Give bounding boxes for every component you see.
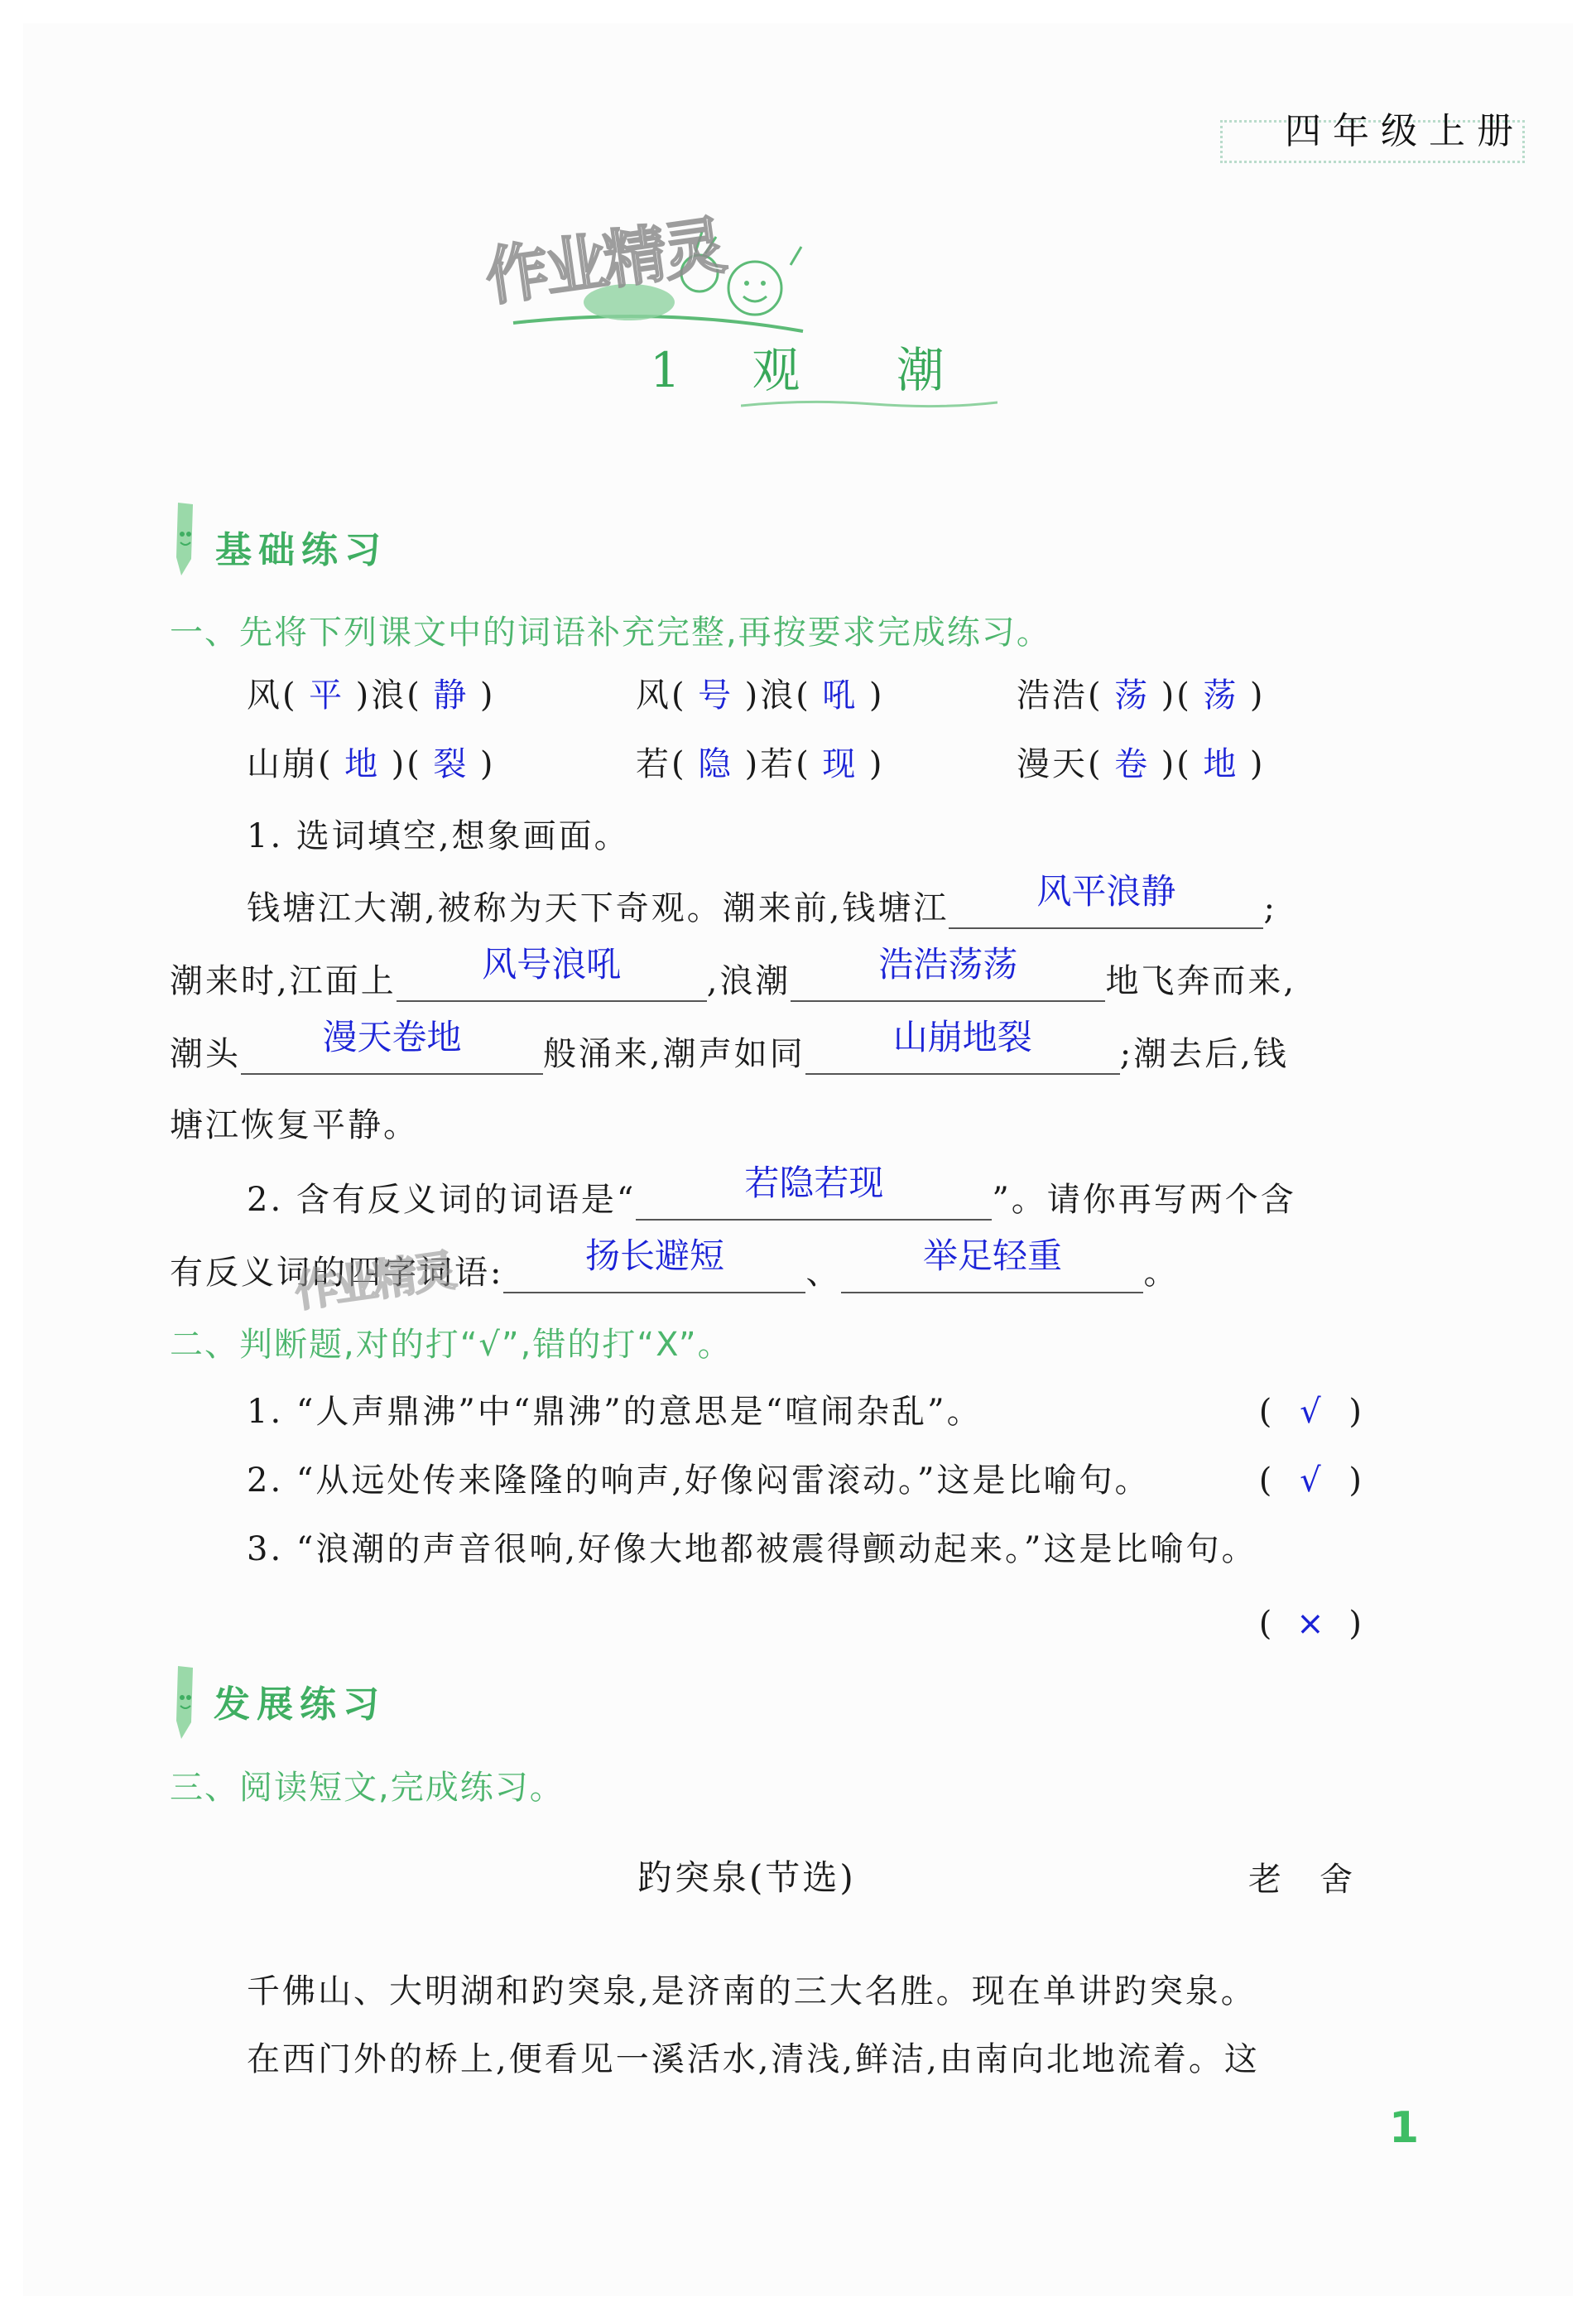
fill-line-2: 潮来时,江面上风号浪吼,浪潮浩浩荡荡地飞奔而来, [170, 959, 1296, 1002]
idiom-answer: 吼 [811, 675, 869, 716]
pencil-icon [170, 1664, 199, 1744]
fill-blank[interactable]: 举足轻重 [841, 1250, 1143, 1293]
subquestion-1-title: 1. 选词填空,想象画面。 [247, 816, 630, 857]
fill-blank[interactable]: 若隐若现 [636, 1177, 992, 1221]
lesson-title: 1 观 潮 [650, 331, 948, 401]
idiom-answer: 现 [811, 744, 869, 785]
judge-item-3: 3. “浪潮的声音很响,好像大地都被震得颤动起来。”这是比喻句。 (×) [247, 1529, 1364, 1570]
idiom-answer: 地 [334, 744, 392, 785]
fill-line-1: 钱塘江大潮,被称为天下奇观。潮来前,钱塘江风平浪静; [247, 886, 1277, 929]
idiom-answer: 卷 [1103, 744, 1161, 785]
idiom-answer: 号 [687, 675, 745, 716]
idiom-item: 浩浩(荡)(荡) [1017, 675, 1265, 716]
section-basic-heading: 基础练习 [215, 520, 387, 573]
lesson-title-char: 观 [752, 331, 803, 401]
idiom-answer: 裂 [422, 744, 480, 785]
judge-answer-box[interactable]: (√) [1259, 1460, 1364, 1501]
pencil-icon [170, 501, 199, 580]
idiom-answer: 地 [1192, 744, 1250, 785]
idiom-answer: 荡 [1192, 675, 1250, 716]
grade-label: 四年级上册 [1285, 101, 1525, 154]
article-author: 老 舍 [1248, 1859, 1355, 1900]
idiom-answer: 隐 [687, 744, 745, 785]
fill-blank[interactable]: 风平浪静 [949, 886, 1263, 929]
page-number: 1 [1389, 2103, 1419, 2153]
idiom-item: 风(号)浪(吼) [636, 675, 1017, 716]
question-2-title: 二、判断题,对的打“√”,错的打“X”。 [170, 1318, 733, 1365]
article-paragraph: 千佛山、大明湖和趵突泉,是济南的三大名胜。现在单讲趵突泉。 [247, 1971, 1257, 2012]
fill-blank[interactable]: 浩浩荡荡 [791, 959, 1105, 1002]
fill-blank[interactable]: 风号浪吼 [397, 959, 707, 1002]
idiom-answer: 静 [422, 675, 480, 716]
idiom-answer: 平 [298, 675, 356, 716]
fill-blank[interactable]: 山崩地裂 [805, 1032, 1120, 1075]
article-title: 趵突泉(节选) [637, 1857, 856, 1899]
judge-item-1: 1. “人声鼎沸”中“鼎沸”的意思是“喧闹杂乱”。 (√) [247, 1391, 1364, 1433]
title-underline-wave [741, 396, 997, 416]
idiom-item: 山崩(地)(裂) [247, 744, 636, 785]
question-1-title: 一、先将下列课文中的词语补充完整,再按要求完成练习。 [170, 606, 1051, 653]
fill-line-3: 潮头漫天卷地般涌来,潮声如同山崩地裂;潮去后,钱 [170, 1032, 1289, 1075]
fill-blank[interactable]: 漫天卷地 [241, 1032, 543, 1075]
section-development-heading: 发展练习 [214, 1674, 386, 1727]
question-3-title: 三、阅读短文,完成练习。 [170, 1761, 565, 1808]
judge-answer-box[interactable]: (×) [1259, 1603, 1364, 1644]
idiom-item: 若(隐)若(现) [636, 744, 1017, 785]
idiom-row-2: 山崩(地)(裂) 若(隐)若(现) 漫天(卷)(地) [247, 744, 1265, 785]
fill-blank[interactable]: 扬长避短 [503, 1250, 805, 1293]
idiom-answer: 荡 [1103, 675, 1161, 716]
lesson-number: 1 [650, 342, 684, 398]
idiom-row-1: 风(平)浪(静) 风(号)浪(吼) 浩浩(荡)(荡) [247, 675, 1265, 716]
antonym-line-1: 2. 含有反义词的词语是“若隐若现”。请你再写两个含 [247, 1177, 1296, 1221]
judge-item-2: 2. “从远处传来隆隆的响声,好像闷雷滚动。”这是比喻句。 (√) [247, 1460, 1364, 1501]
idiom-item: 风(平)浪(静) [247, 675, 636, 716]
idiom-item: 漫天(卷)(地) [1017, 744, 1265, 785]
judge-answer-box[interactable]: (√) [1259, 1391, 1364, 1433]
article-paragraph: 在西门外的桥上,便看见一溪活水,清浅,鲜洁,由南向北地流着。这 [247, 2039, 1260, 2080]
fill-line-4: 塘江恢复平静。 [170, 1105, 419, 1146]
lesson-title-char: 潮 [897, 331, 948, 401]
